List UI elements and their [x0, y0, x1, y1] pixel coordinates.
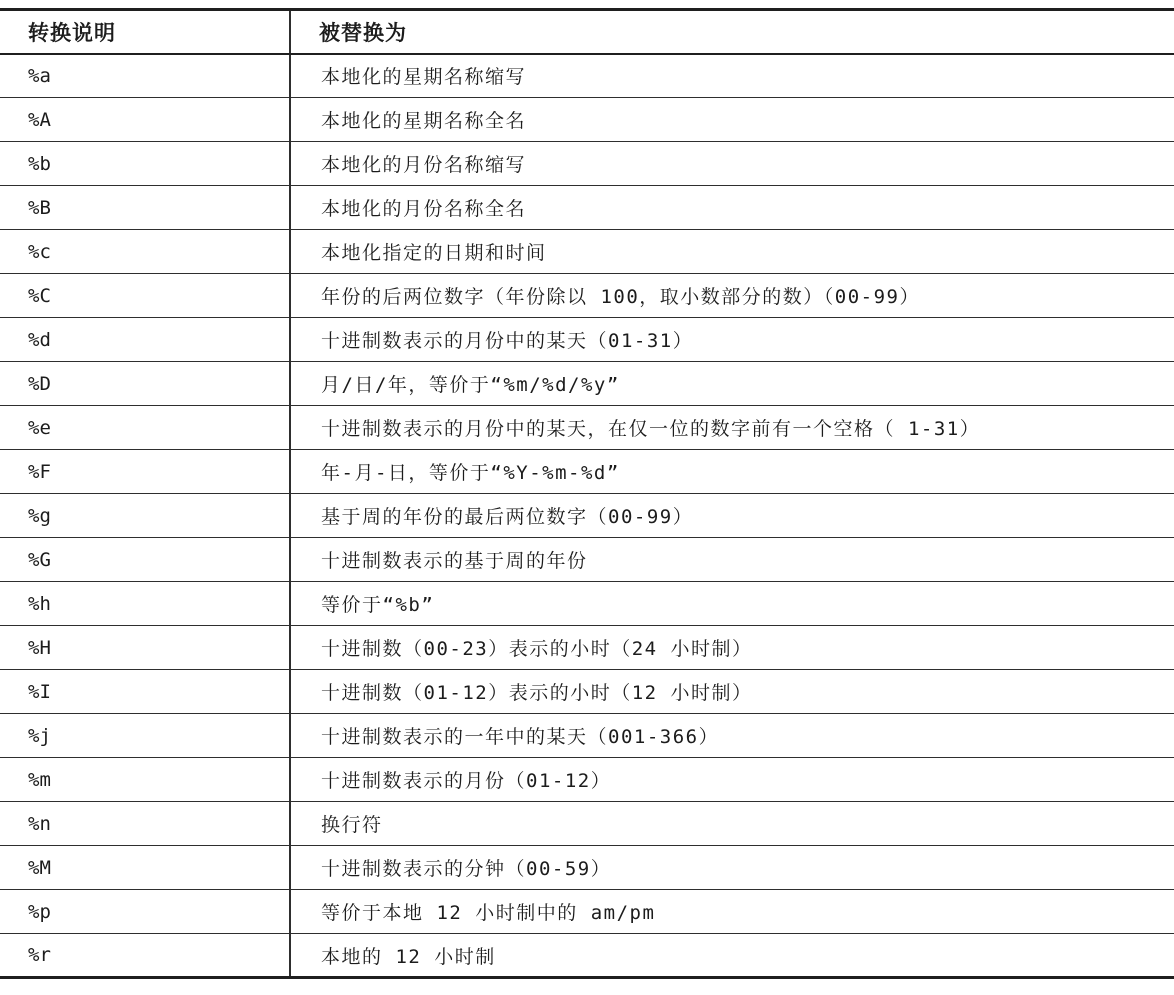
- document-page: 转换说明 被替换为 %a本地化的星期名称缩写%A本地化的星期名称全名%b本地化的…: [0, 0, 1174, 995]
- format-description-cell: 月/日/年，等价于“%m/%d/%y”: [290, 362, 1174, 406]
- format-code-cell: %C: [0, 274, 290, 318]
- format-description-cell: 本地化的月份名称缩写: [290, 142, 1174, 186]
- table-row: %g基于周的年份的最后两位数字（00-99）: [0, 494, 1174, 538]
- table-row: %h等价于“%b”: [0, 582, 1174, 626]
- header-replaced-by: 被替换为: [290, 10, 1174, 54]
- format-code-cell: %M: [0, 846, 290, 890]
- format-code-cell: %h: [0, 582, 290, 626]
- table-row: %j十进制数表示的一年中的某天（001-366）: [0, 714, 1174, 758]
- format-code-cell: %D: [0, 362, 290, 406]
- format-description-cell: 十进制数表示的月份中的某天（01-31）: [290, 318, 1174, 362]
- format-code-cell: %m: [0, 758, 290, 802]
- format-code-cell: %e: [0, 406, 290, 450]
- table-row: %A本地化的星期名称全名: [0, 98, 1174, 142]
- format-specifier-table: 转换说明 被替换为 %a本地化的星期名称缩写%A本地化的星期名称全名%b本地化的…: [0, 8, 1174, 979]
- format-description-cell: 十进制数表示的分钟（00-59）: [290, 846, 1174, 890]
- format-description-cell: 换行符: [290, 802, 1174, 846]
- header-conversion-spec: 转换说明: [0, 10, 290, 54]
- table-row: %G十进制数表示的基于周的年份: [0, 538, 1174, 582]
- table-row: %B本地化的月份名称全名: [0, 186, 1174, 230]
- format-code-cell: %c: [0, 230, 290, 274]
- format-description-cell: 年份的后两位数字（年份除以 100，取小数部分的数）（00-99）: [290, 274, 1174, 318]
- format-code-cell: %n: [0, 802, 290, 846]
- table-row: %b本地化的月份名称缩写: [0, 142, 1174, 186]
- format-code-cell: %j: [0, 714, 290, 758]
- table-row: %c本地化指定的日期和时间: [0, 230, 1174, 274]
- format-code-cell: %d: [0, 318, 290, 362]
- format-code-cell: %F: [0, 450, 290, 494]
- table-row: %d十进制数表示的月份中的某天（01-31）: [0, 318, 1174, 362]
- format-code-cell: %r: [0, 934, 290, 978]
- table-row: %p等价于本地 12 小时制中的 am/pm: [0, 890, 1174, 934]
- table-row: %H十进制数（00-23）表示的小时（24 小时制）: [0, 626, 1174, 670]
- format-description-cell: 基于周的年份的最后两位数字（00-99）: [290, 494, 1174, 538]
- format-description-cell: 十进制数表示的基于周的年份: [290, 538, 1174, 582]
- format-code-cell: %g: [0, 494, 290, 538]
- format-description-cell: 年-月-日，等价于“%Y-%m-%d”: [290, 450, 1174, 494]
- format-code-cell: %b: [0, 142, 290, 186]
- table-row: %D月/日/年，等价于“%m/%d/%y”: [0, 362, 1174, 406]
- format-code-cell: %a: [0, 54, 290, 98]
- table-row: %e十进制数表示的月份中的某天，在仅一位的数字前有一个空格（ 1-31）: [0, 406, 1174, 450]
- format-description-cell: 十进制数（00-23）表示的小时（24 小时制）: [290, 626, 1174, 670]
- table-body: %a本地化的星期名称缩写%A本地化的星期名称全名%b本地化的月份名称缩写%B本地…: [0, 54, 1174, 978]
- format-code-cell: %I: [0, 670, 290, 714]
- format-description-cell: 等价于本地 12 小时制中的 am/pm: [290, 890, 1174, 934]
- table-row: %M十进制数表示的分钟（00-59）: [0, 846, 1174, 890]
- format-description-cell: 十进制数表示的月份（01-12）: [290, 758, 1174, 802]
- format-description-cell: 本地化的星期名称全名: [290, 98, 1174, 142]
- format-description-cell: 本地的 12 小时制: [290, 934, 1174, 978]
- table-row: %n换行符: [0, 802, 1174, 846]
- format-description-cell: 本地化的月份名称全名: [290, 186, 1174, 230]
- table-header: 转换说明 被替换为: [0, 10, 1174, 54]
- table-row: %C年份的后两位数字（年份除以 100，取小数部分的数）（00-99）: [0, 274, 1174, 318]
- format-code-cell: %A: [0, 98, 290, 142]
- table-row: %I十进制数（01-12）表示的小时（12 小时制）: [0, 670, 1174, 714]
- format-description-cell: 等价于“%b”: [290, 582, 1174, 626]
- format-code-cell: %p: [0, 890, 290, 934]
- format-description-cell: 十进制数表示的月份中的某天，在仅一位的数字前有一个空格（ 1-31）: [290, 406, 1174, 450]
- format-description-cell: 本地化指定的日期和时间: [290, 230, 1174, 274]
- format-code-cell: %G: [0, 538, 290, 582]
- header-row: 转换说明 被替换为: [0, 10, 1174, 54]
- table-row: %r本地的 12 小时制: [0, 934, 1174, 978]
- table-row: %m十进制数表示的月份（01-12）: [0, 758, 1174, 802]
- format-code-cell: %H: [0, 626, 290, 670]
- table-row: %a本地化的星期名称缩写: [0, 54, 1174, 98]
- format-description-cell: 十进制数表示的一年中的某天（001-366）: [290, 714, 1174, 758]
- format-code-cell: %B: [0, 186, 290, 230]
- table-row: %F年-月-日，等价于“%Y-%m-%d”: [0, 450, 1174, 494]
- format-description-cell: 本地化的星期名称缩写: [290, 54, 1174, 98]
- format-description-cell: 十进制数（01-12）表示的小时（12 小时制）: [290, 670, 1174, 714]
